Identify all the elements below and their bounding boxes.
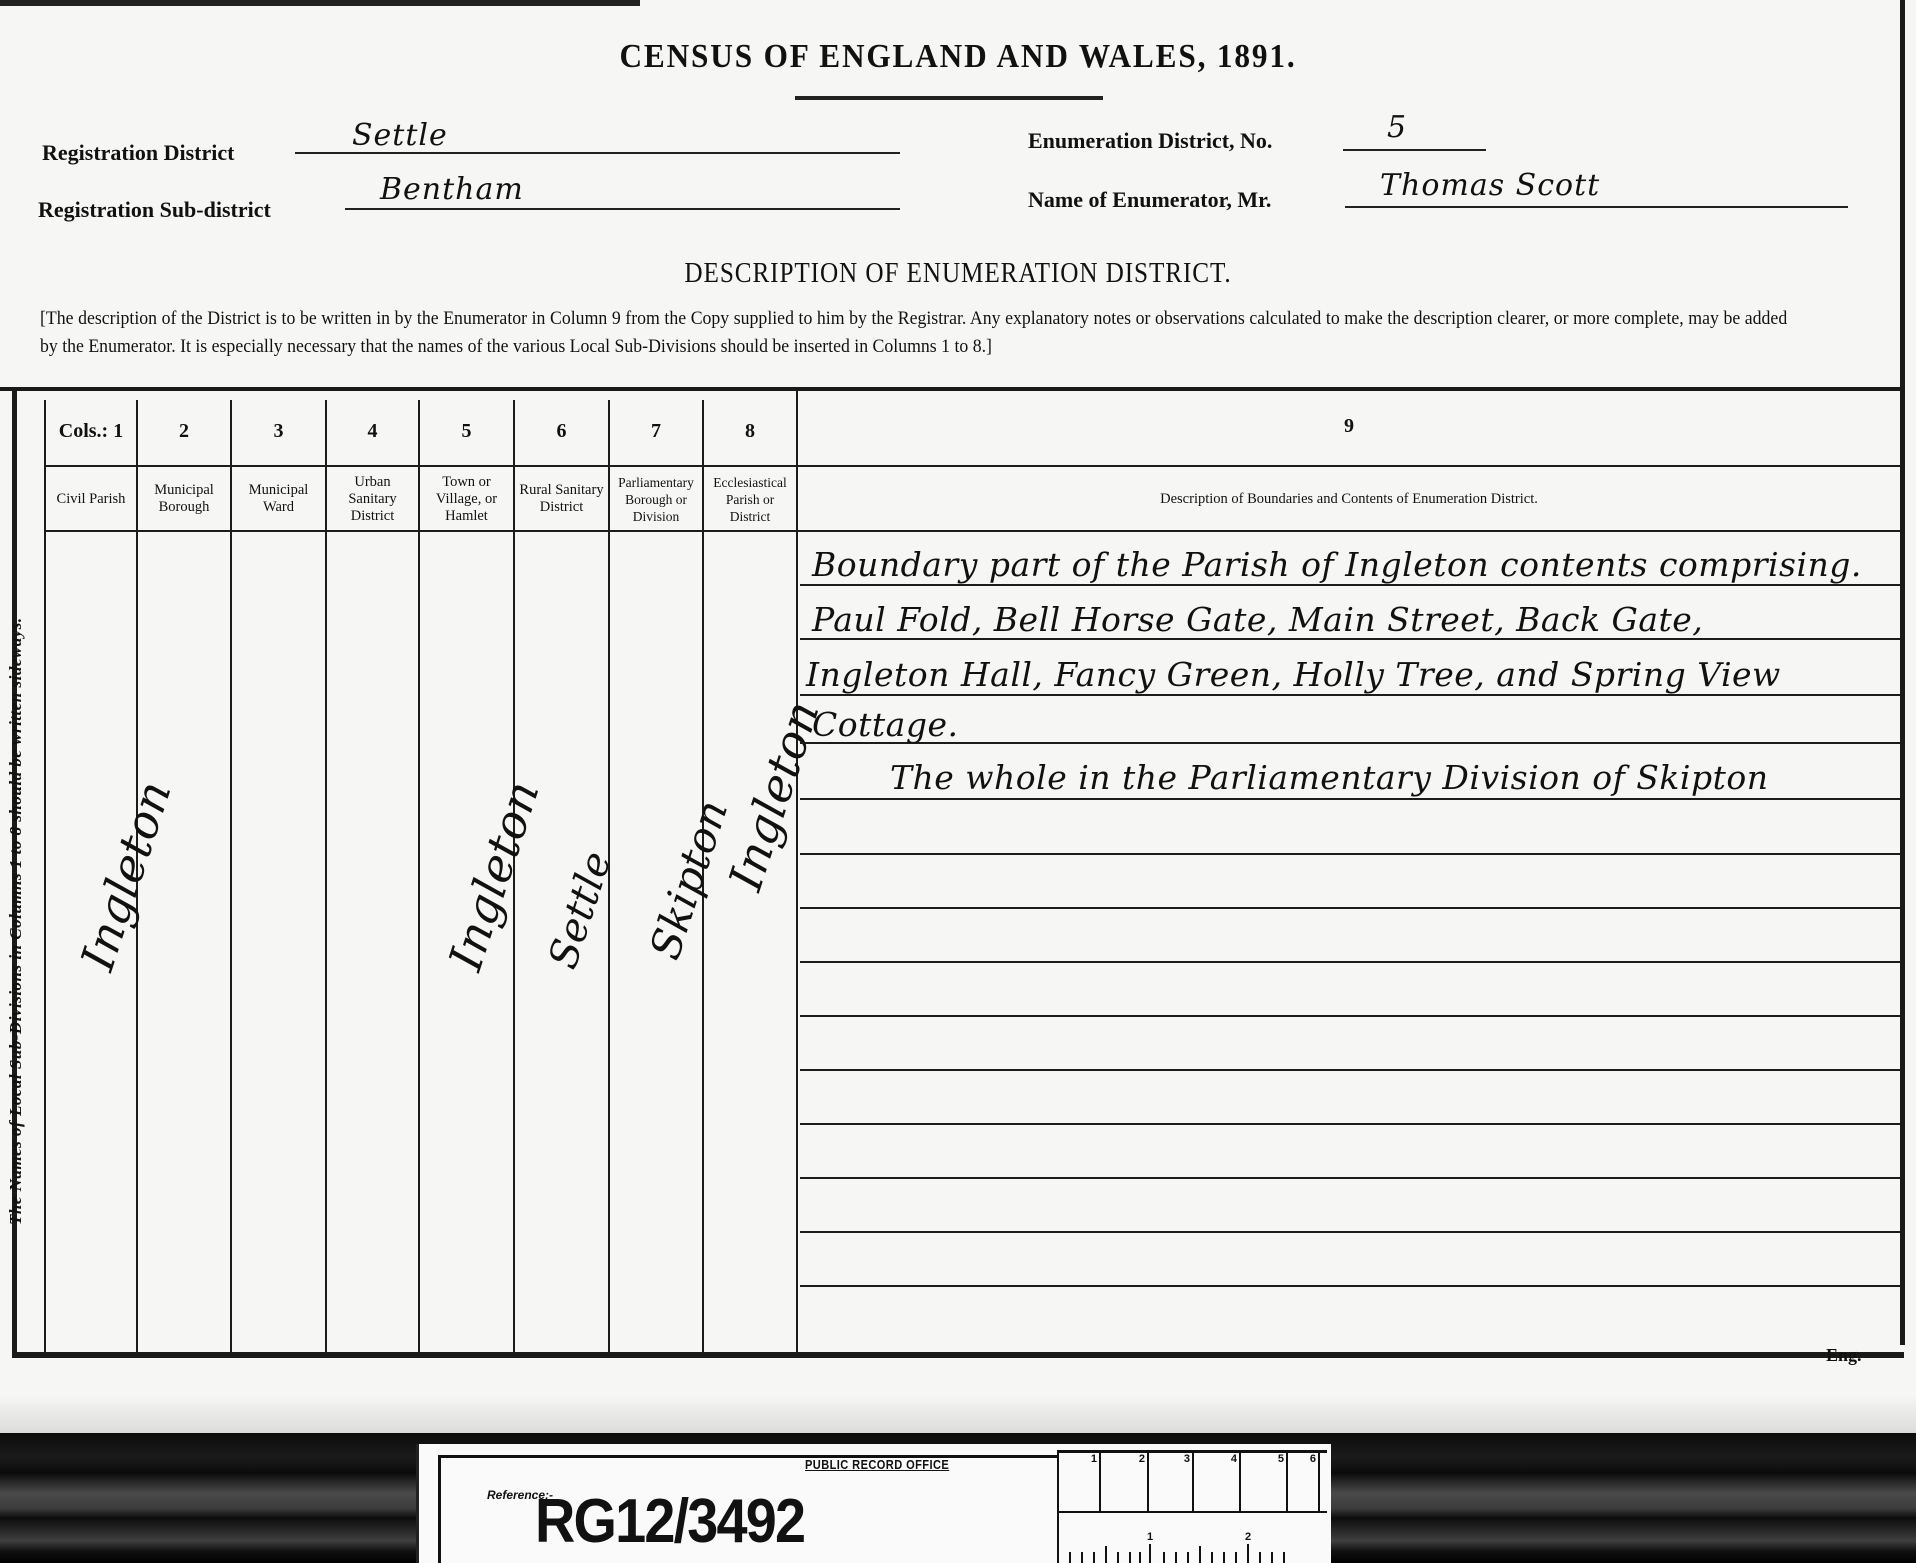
column-header-urban-sanitary-district: Urban Sanitary District <box>331 468 414 530</box>
description-line-2: Paul Fold, Bell Horse Gate, Main Street,… <box>812 600 1703 639</box>
column-number-5: 5 <box>420 420 513 443</box>
column-number-9: 9 <box>798 415 1900 438</box>
side-note: The Names of Local Sub-Divisions in Colu… <box>6 525 26 1225</box>
ruled-line <box>800 1177 1900 1179</box>
reference-number: RG12/3492 <box>535 1492 804 1552</box>
measurement-scale: 1 2 3 4 5 6 1 2 <box>1057 1450 1327 1563</box>
scale-mark-1: 1 <box>1059 1453 1101 1511</box>
column-number-3: 3 <box>232 420 325 443</box>
ruled-line <box>800 1015 1900 1017</box>
ruled-line <box>800 742 1900 744</box>
description-line-1: Boundary part of the Parish of Ingleton … <box>812 545 1862 584</box>
column-header-parliamentary-borough: Parliamentary Borough or Division <box>610 468 702 530</box>
registration-subdistrict-value: Bentham <box>380 172 524 207</box>
registration-subdistrict-line <box>345 208 900 210</box>
scale-mark-6: 6 <box>1288 1453 1320 1511</box>
enumerator-value: Thomas Scott <box>1380 168 1600 203</box>
description-line-5: The whole in the Parliamentary Division … <box>890 758 1768 797</box>
ruled-line <box>800 1285 1900 1287</box>
scale-mark-2: 2 <box>1101 1453 1149 1511</box>
column-divider <box>44 400 46 1352</box>
scale-mark-4: 4 <box>1194 1453 1241 1511</box>
enumerator-label: Name of Enumerator, Mr. <box>1028 187 1271 213</box>
ruled-line <box>800 961 1900 963</box>
page-edge-shadow <box>0 1395 1916 1435</box>
ruled-line <box>800 1069 1900 1071</box>
registration-district-value: Settle <box>352 118 448 153</box>
registration-district-label: Registration District <box>42 140 234 166</box>
table-top-border <box>0 387 1902 391</box>
description-line-4: Cottage. <box>812 705 958 744</box>
ruled-line <box>800 1231 1900 1233</box>
instructions-text: [The description of the District is to b… <box>40 305 1787 361</box>
scale-bottom-mark-2: 2 <box>1245 1531 1251 1543</box>
column-divider <box>230 400 232 1352</box>
right-border <box>1900 0 1905 1345</box>
column-number-7: 7 <box>610 420 702 443</box>
title-underline <box>795 96 1103 100</box>
town-village-entry: Ingleton <box>438 775 550 977</box>
ruled-line <box>800 584 1900 586</box>
header-divider <box>44 530 1900 532</box>
column-header-civil-parish: Civil Parish <box>46 468 136 530</box>
column-number-6: 6 <box>515 420 608 443</box>
ruled-line <box>800 694 1900 696</box>
column-header-town-village-hamlet: Town or Village, or Hamlet <box>424 468 509 530</box>
column-header-rural-sanitary-district: Rural Sanitary District <box>519 468 604 530</box>
ruled-line <box>800 907 1900 909</box>
column-header-municipal-borough: Municipal Borough <box>142 468 226 530</box>
scale-divider <box>1059 1511 1327 1513</box>
enumerator-line <box>1345 206 1848 208</box>
column-header-description: Description of Boundaries and Contents o… <box>798 468 1900 530</box>
enumeration-district-line <box>1343 149 1486 151</box>
column-divider <box>418 400 420 1352</box>
ruled-line <box>800 1123 1900 1125</box>
page-title: CENSUS OF ENGLAND AND WALES, 1891. <box>77 38 1840 76</box>
column-number-2: 2 <box>138 420 230 443</box>
public-record-office-label: PUBLIC RECORD OFFICE <box>805 1457 949 1472</box>
enumeration-district-value: 5 <box>1387 110 1407 145</box>
header-divider <box>44 465 1900 467</box>
ruled-line <box>800 798 1900 800</box>
civil-parish-entry: Ingleton <box>70 775 182 977</box>
ruled-line <box>800 853 1900 855</box>
scale-mark-3: 3 <box>1149 1453 1194 1511</box>
registration-subdistrict-label: Registration Sub-district <box>38 197 271 223</box>
top-border <box>0 0 640 6</box>
column-header-ecclesiastical-parish: Ecclesiastical Parish or District <box>704 468 796 530</box>
scale-mark-5: 5 <box>1241 1453 1288 1511</box>
column-divider <box>325 400 327 1352</box>
column-number-8: 8 <box>704 420 796 443</box>
enumeration-district-label: Enumeration District, No. <box>1028 128 1272 154</box>
section-title: DESCRIPTION OF ENUMERATION DISTRICT. <box>96 258 1820 290</box>
footer-mark: Eng. <box>1826 1345 1862 1366</box>
column-number-4: 4 <box>327 420 418 443</box>
column-header-municipal-ward: Municipal Ward <box>236 468 321 530</box>
scale-bottom-mark-1: 1 <box>1147 1531 1153 1543</box>
description-line-3: Ingleton Hall, Fancy Green, Holly Tree, … <box>806 655 1781 694</box>
table-bottom-border <box>12 1352 1904 1358</box>
column-number-1: Cols.: 1 <box>46 420 136 443</box>
column-divider <box>796 390 798 1352</box>
